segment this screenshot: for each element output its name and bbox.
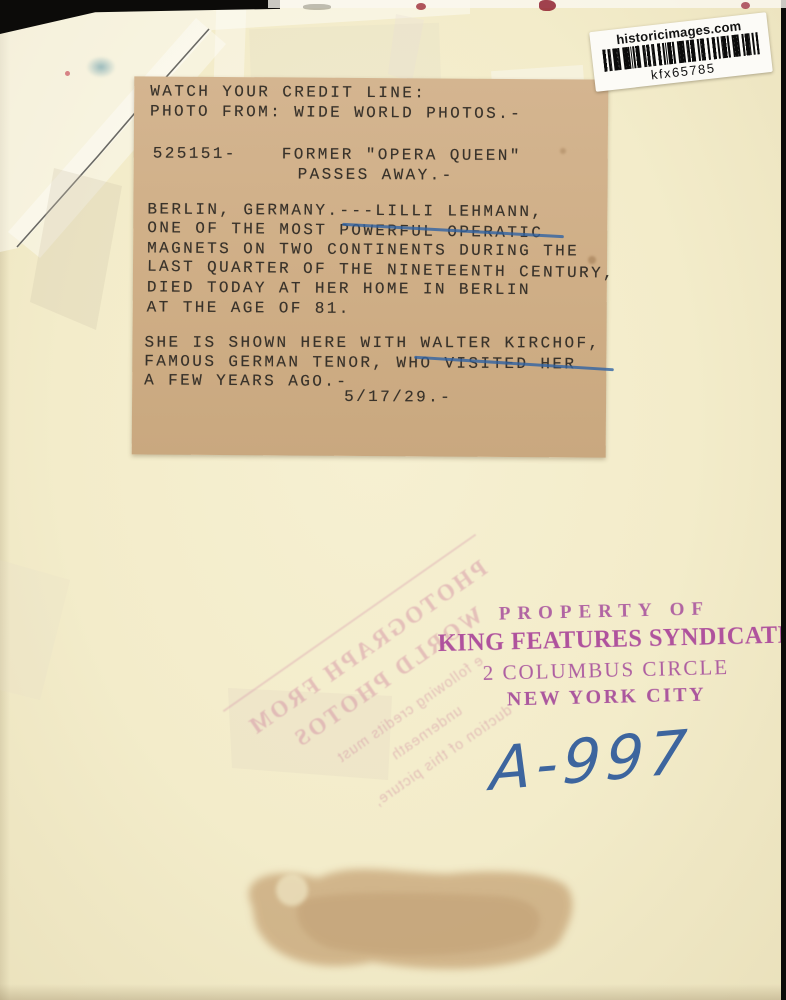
scan-frame-right [781,0,786,1000]
gray-speck [303,4,331,10]
tape-remnant-mid-left [228,688,392,780]
tape-shadow-band [249,23,441,86]
scan-top-edge [268,0,786,8]
caption-line: PASSES AWAY.- [298,165,522,186]
tape-strip-top [213,0,246,88]
caption-credit-warning: WATCH YOUR CREDIT LINE:PHOTO FROM: WIDE … [150,82,522,124]
caption-date: 5/17/29.- [344,388,452,408]
red-ink-dot [65,71,70,76]
caption-line: PHOTO FROM: WIDE WORLD PHOTOS.- [150,102,522,124]
caption-photo-number: 525151- [153,144,237,164]
red-speck [741,2,750,9]
red-speck [416,3,426,10]
caption-label: WATCH YOUR CREDIT LINE:PHOTO FROM: WIDE … [132,76,609,457]
label-stain-spot [560,148,566,154]
paper-bottom-shade [0,984,786,1000]
glue-stain-dark-core [297,893,540,956]
tape-remnant-bottom-left [0,560,70,700]
caption-line: SHE IS SHOWN HERE WITH WALTER KIRCHOF, [144,334,600,354]
caption-body: BERLIN, GERMANY.---LILLI LEHMANN,ONE OF … [147,200,616,320]
caption-headline: FORMER "OPERA QUEEN"PASSES AWAY.- [282,145,522,186]
blue-ink-smudge [86,56,116,78]
press-photo-back-scan: PHOTOGRAPH FROMWORLD PHOTOS e following … [0,0,786,1000]
glue-stain-light-spot [276,874,308,906]
caption-line: AT THE AGE OF 81. [147,298,615,321]
property-stamp-line: KING FEATURES SYNDICATE, Inc. [438,622,773,658]
red-speck [539,0,556,11]
property-stamp: PROPERTY OFKING FEATURES SYNDICATE, Inc.… [432,597,780,713]
caption-line: FORMER "OPERA QUEEN" [282,145,522,166]
label-stain-spot [588,256,596,264]
caption-line: WATCH YOUR CREDIT LINE: [150,82,522,104]
